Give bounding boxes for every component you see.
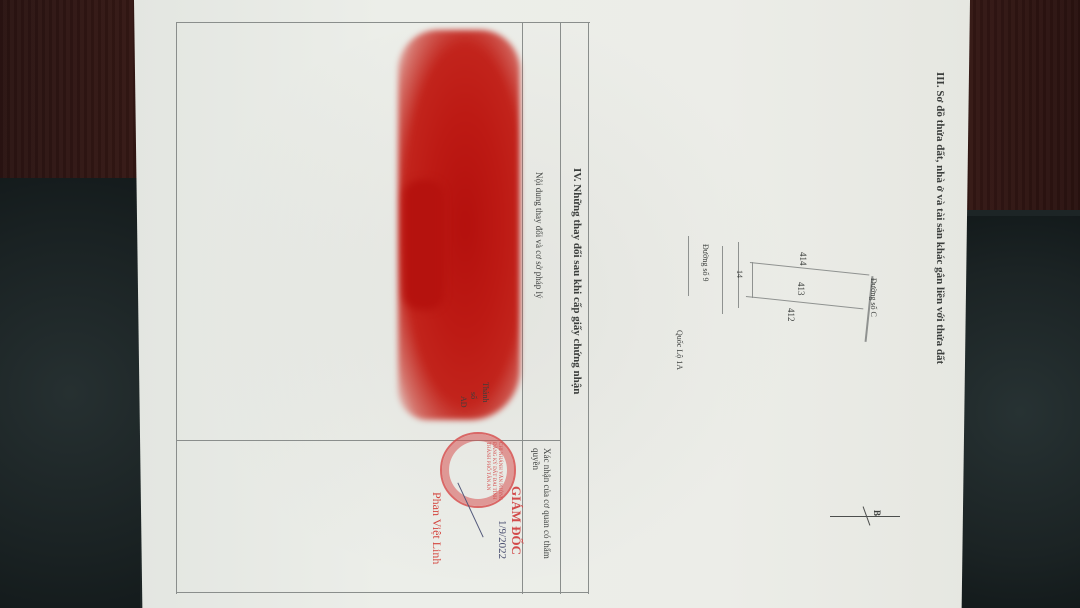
stamp-title: GIÁM ĐỐC [508, 486, 524, 555]
redacted-fragment-1: Thành [481, 382, 490, 402]
seal-line-4: THÀNH PHỐ [485, 442, 490, 471]
signer-name: Phan Việt Linh [429, 492, 444, 564]
north-arrow-line [830, 516, 900, 517]
section-iv-title: IV. Những thay đổi sau khi cấp giấy chứn… [571, 168, 583, 394]
seal-line-3: ĐẤT ĐAI TỈNH [491, 466, 496, 499]
highway-label: Quốc Lộ 1A [675, 330, 684, 370]
road-edge-3 [688, 236, 689, 296]
table-heading-divider [560, 22, 561, 594]
changes-column-header: Nội dung thay đổi và cơ sở pháp lý [534, 172, 544, 299]
table-border-top [176, 22, 590, 23]
redacted-fragment-2: số [469, 392, 478, 399]
north-marker-label: B [872, 510, 882, 516]
table-border-bottom [176, 592, 588, 593]
parcel-label-414: 414 [798, 252, 808, 266]
official-seal [440, 432, 516, 508]
redacted-fragment-3: AD [459, 396, 468, 408]
parcel-boundary-left [752, 262, 753, 298]
table-border-left [176, 22, 177, 594]
parcel-label-412: 412 [786, 308, 796, 322]
parcel-number-small: 14 [735, 270, 744, 278]
road-label-left: Đường số 9 [701, 244, 710, 281]
road-edge-2 [722, 246, 723, 314]
seal-org-text: CHI NHÁNH VĂN PHÒNG ĐĂNG KÝ ĐẤT ĐAI TỈNH… [484, 442, 502, 502]
signing-date: 1/9/2022 [496, 520, 508, 559]
road-label-top: Đường số C [869, 278, 878, 317]
parcel-label-413: 413 [796, 282, 806, 296]
leather-surface-right [960, 216, 1080, 608]
leather-surface-left [0, 178, 140, 608]
seal-line-5: TÂN AN [485, 472, 490, 490]
confirm-column-header: Xác nhận của cơ quan có thẩm quyền [530, 448, 552, 568]
redaction-mark-secondary [404, 180, 444, 310]
seal-line-1: CHI NHÁNH [497, 442, 502, 470]
section-iii-title: III. Sơ đồ thửa đất, nhà ở và tài sản kh… [934, 72, 946, 364]
table-border-right [588, 22, 589, 594]
